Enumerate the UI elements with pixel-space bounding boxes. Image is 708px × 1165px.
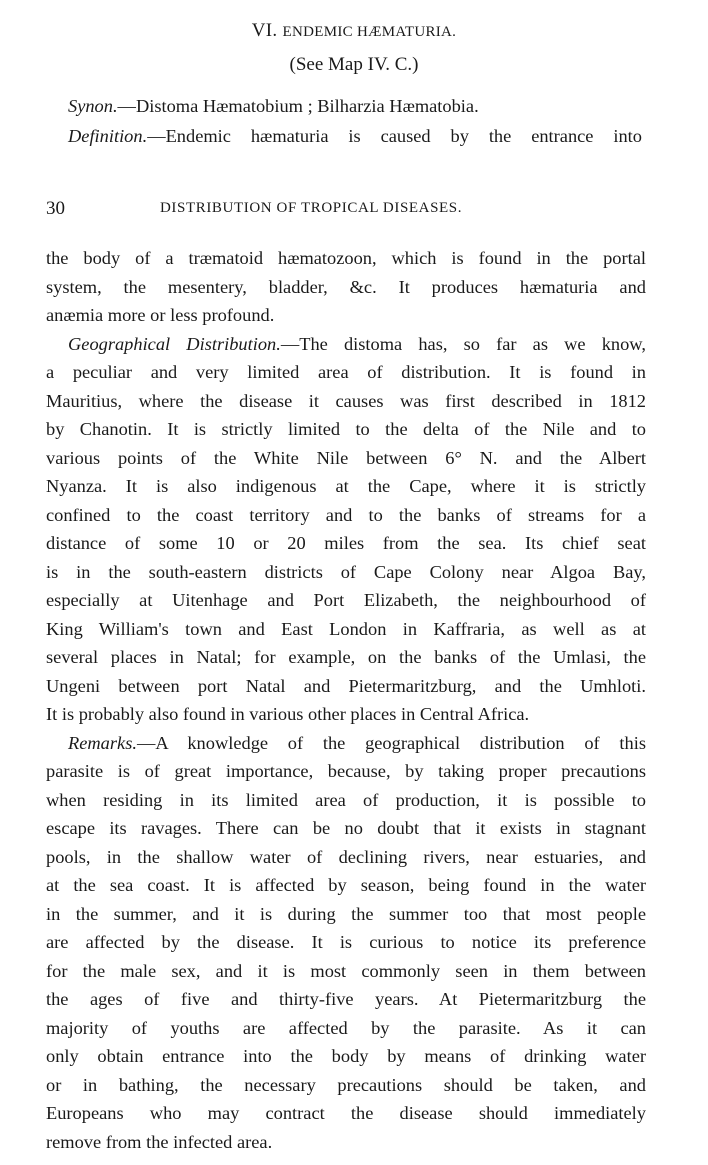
- text-line: remove from the infected area.: [46, 1130, 646, 1154]
- book-page: VI. Endemic Hæmaturia. (See Map IV. C.) …: [0, 0, 708, 1165]
- running-head-title: DISTRIBUTION OF TROPICAL DISEASES.: [160, 200, 462, 217]
- text-line: Europeans who may contract the disease s…: [46, 1101, 646, 1125]
- text-line: by Chanotin. It is strictly limited to t…: [46, 417, 646, 441]
- text-line: the ages of five and thirty-five years. …: [46, 987, 646, 1011]
- text-line: parasite is of great importance, because…: [46, 759, 646, 783]
- text-line: system, the mesentery, bladder, &c. It p…: [46, 275, 646, 299]
- text-line: for the male sex, and it is most commonl…: [46, 959, 646, 983]
- text-line: distance of some 10 or 20 miles from the…: [46, 531, 646, 555]
- text-line: are affected by the disease. It is curio…: [46, 930, 646, 954]
- geo-distribution-text: —The distoma has, so far as we know,: [281, 334, 646, 354]
- definition-label: Definition.: [68, 126, 147, 146]
- text-line: It is probably also found in various oth…: [46, 702, 646, 726]
- text-line: pools, in the shallow water of declining…: [46, 845, 646, 869]
- remarks-first-line: Remarks.—A knowledge of the geographical…: [68, 731, 646, 755]
- text-line: Nyanza. It is also indigenous at the Cap…: [46, 474, 646, 498]
- text-line: a peculiar and very limited area of dist…: [46, 360, 646, 384]
- text-line: anæmia more or less profound.: [46, 303, 646, 327]
- section-title: VI. Endemic Hæmaturia.: [0, 20, 708, 42]
- synonyms-label: Synon.: [68, 96, 118, 116]
- text-line: when residing in its limited area of pro…: [46, 788, 646, 812]
- text-line: various points of the White Nile between…: [46, 446, 646, 470]
- geo-distribution-label: Geographical Distribution.: [68, 334, 281, 354]
- definition-text: —Endemic hæmaturia is caused by the entr…: [147, 126, 642, 146]
- text-line: Ungeni between port Natal and Pietermari…: [46, 674, 646, 698]
- text-line: majority of youths are affected by the p…: [46, 1016, 646, 1040]
- text-line: several places in Natal; for example, on…: [46, 645, 646, 669]
- text-line: Mauritius, where the disease it causes w…: [46, 389, 646, 413]
- text-line: escape its ravages. There can be no doub…: [46, 816, 646, 840]
- definition-line: Definition.—Endemic hæmaturia is caused …: [68, 124, 642, 148]
- text-line: or in bathing, the necessary precautions…: [46, 1073, 646, 1097]
- text-line: at the sea coast. It is affected by seas…: [46, 873, 646, 897]
- geo-distribution-first-line: Geographical Distribution.—The distoma h…: [68, 332, 646, 356]
- synonyms-line: Synon.—Distoma Hæmatobium ; Bilharzia Hæ…: [68, 94, 646, 118]
- remarks-label: Remarks.: [68, 733, 137, 753]
- map-reference: (See Map IV. C.): [0, 54, 708, 76]
- page-number: 30: [46, 198, 65, 220]
- text-line: confined to the coast territory and to t…: [46, 503, 646, 527]
- remarks-text: —A knowledge of the geographical distrib…: [137, 733, 646, 753]
- text-line: is in the south-eastern districts of Cap…: [46, 560, 646, 584]
- section-title-text: Endemic Hæmaturia.: [283, 24, 457, 40]
- text-line: the body of a træmatoid hæmatozoon, whic…: [46, 246, 646, 270]
- section-title-prefix: VI.: [252, 20, 283, 41]
- text-line: especially at Uitenhage and Port Elizabe…: [46, 588, 646, 612]
- text-line: King William's town and East London in K…: [46, 617, 646, 641]
- synonyms-text: —Distoma Hæmatobium ; Bilharzia Hæmatobi…: [118, 96, 479, 116]
- text-line: only obtain entrance into the body by me…: [46, 1044, 646, 1068]
- text-line: in the summer, and it is during the summ…: [46, 902, 646, 926]
